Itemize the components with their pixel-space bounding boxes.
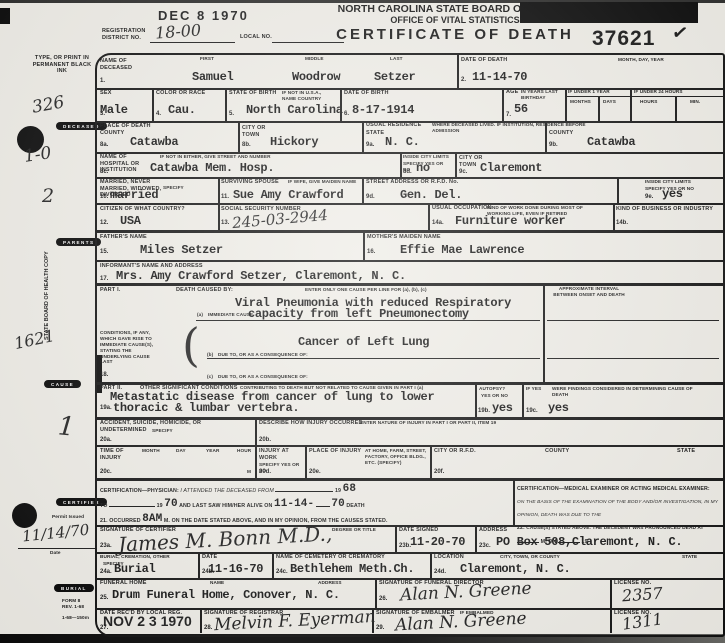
- certifier-address-value: PO Box 508,Claremont, N. C.: [496, 535, 682, 549]
- item-20d-number: 20d.: [259, 469, 271, 475]
- item-9c-number: 9c.: [459, 169, 467, 175]
- registration-district-label: REGISTRATION DISTRICT NO.: [102, 28, 152, 41]
- burial-date-value: 11-16-70: [208, 562, 263, 576]
- checkmark-icon: ✓: [670, 21, 690, 46]
- spouse-value: Sue Amy Crawford: [233, 188, 343, 202]
- under-1-days-label: DAYS: [603, 99, 616, 105]
- street-address-value: Gen. Del.: [400, 188, 462, 202]
- race-value: Cau.: [168, 103, 196, 117]
- injury-hour-label: HOUR: [237, 448, 251, 454]
- under-24-hours-label: IF UNDER 24 HOURS: [634, 89, 683, 95]
- item-6-number: 6.: [344, 111, 349, 117]
- sex-value: Male: [100, 103, 128, 117]
- death-certificate-scan: DEC 8 1970 REGISTRATION DISTRICT NO. 18-…: [0, 0, 725, 643]
- findings-label: WERE FINDINGS CONSIDERED IN DETERMINING …: [552, 386, 702, 398]
- funeral-home-label: FUNERAL HOME: [100, 580, 147, 587]
- item-20e-number: 20e.: [309, 469, 321, 475]
- item-20b-number: 20b.: [259, 437, 271, 443]
- hosp-city-limits-label: INSIDE CITY LIMITS: [403, 154, 451, 160]
- cert-med-title: CERTIFICATION—MEDICAL EXAMINER OR ACTING…: [517, 486, 710, 492]
- item-16-number: 16.: [367, 249, 375, 255]
- age-label: AGE: [506, 89, 519, 96]
- cert-last-saw: AND LAST SAW HIM/HER ALIVE ON: [179, 503, 272, 509]
- age-sub: IN YEARS LAST BIRTHDAY: [521, 89, 561, 101]
- place-of-injury-label: PLACE OF INJURY: [309, 448, 361, 455]
- item-5-number: 5.: [229, 111, 234, 117]
- cause-c-prefix: (c): [207, 374, 213, 380]
- margin-note-1-0: 1-0: [23, 143, 53, 167]
- item-26-number: 26.: [379, 596, 387, 602]
- degree-or-title-label: DEGREE OR TITLE: [332, 527, 376, 533]
- part1-label: PART I.: [100, 287, 121, 294]
- tab-cause: CAUSE: [44, 380, 81, 388]
- state-of-birth-label: STATE OF BIRTH: [229, 90, 277, 97]
- item-17-number: 17.: [100, 276, 108, 282]
- cert-hour-value: 8AM: [142, 513, 162, 525]
- item-15-number: 15.: [100, 249, 108, 255]
- item-19a-number: 19a.: [100, 405, 112, 411]
- cert-19a: 19: [335, 488, 341, 494]
- cert-occurred: OCCURRED: [109, 518, 140, 524]
- res-city-limits-value: yes: [662, 187, 683, 201]
- date-signed-label: DATE SIGNED: [399, 527, 438, 534]
- cert-physician-t1: I ATTENDED THE DECEASED FROM: [180, 488, 273, 494]
- name-middle-header: MIDDLE: [305, 56, 324, 62]
- spouse-label: SURVIVING SPOUSE: [221, 179, 279, 186]
- item-24c-number: 24c.: [276, 569, 288, 575]
- item-11-number: 11.: [221, 194, 229, 200]
- cert-physician-title: CERTIFICATION—PHYSICIAN:: [100, 488, 179, 494]
- immediate-cause-label: IMMEDIATE CAUSE: [208, 312, 253, 318]
- res-city-value: Claremont: [480, 161, 542, 175]
- injury-city-label: CITY OR R.F.D.: [434, 448, 476, 455]
- res-state-label: STATE: [366, 130, 384, 137]
- injury-meridian: M: [247, 469, 251, 475]
- part1-note: ENTER ONLY ONE CAUSE PER LINE FOR (a), (…: [305, 287, 427, 293]
- cemetery-label: NAME OF CEMETERY OR CREMATORY: [276, 554, 385, 561]
- item-19c-number: 19c.: [526, 408, 538, 414]
- date-of-birth-value: 8-17-1914: [352, 103, 414, 117]
- item-13-number: 13.: [221, 220, 229, 226]
- cause-b-value: Cancer of Left Lung: [298, 335, 429, 349]
- item-21-number: 21.: [100, 518, 108, 524]
- hosp-city-limits-value: no: [416, 161, 430, 175]
- local-no-label: LOCAL NO.: [240, 34, 272, 41]
- under-1-months-label: MONTHS: [570, 99, 591, 105]
- margin-note-326: 326: [31, 92, 66, 117]
- time-of-injury-label: TIME OF INJURY: [100, 448, 130, 461]
- under-1-year-label: IF UNDER 1 YEAR: [568, 89, 610, 95]
- age-value: 56: [514, 102, 528, 116]
- injury-year-label: YEAR: [206, 448, 219, 454]
- pod-city-label: CITY OR TOWN: [242, 125, 272, 138]
- hole-punch-bottom: [12, 503, 37, 528]
- item-9a-number: 9a.: [366, 142, 374, 148]
- item-14b-number: 14b.: [616, 220, 628, 226]
- citizen-value: USA: [120, 214, 141, 228]
- father-value: Miles Setzer: [140, 243, 223, 257]
- item-4-number: 4.: [156, 111, 161, 117]
- usual-residence-group: USUAL RESIDENCE: [366, 122, 421, 129]
- certificate-number: 37621: [592, 27, 655, 51]
- cert-opinion-text: M. ON THE DATE STATED ABOVE, AND IN MY O…: [164, 518, 388, 524]
- date-signed-value: 11-20-70: [410, 535, 465, 549]
- res-county-label: COUNTY: [549, 130, 573, 137]
- item-2-number: 2.: [461, 77, 466, 83]
- race-label: COLOR OR RACE: [156, 90, 216, 97]
- pod-county-value: Catawba: [130, 135, 178, 149]
- burial-location-sub: CITY, TOWN, OR COUNTY: [500, 554, 560, 560]
- cert-death-word: DEATH: [346, 503, 364, 509]
- item-24d-number: 24d.: [434, 569, 446, 575]
- pod-county-label: COUNTY: [100, 130, 124, 137]
- item-10-number: 10.: [100, 194, 108, 200]
- item-19b-number: 19b.: [478, 408, 490, 414]
- occupation-label: USUAL OCCUPATION: [432, 205, 492, 212]
- father-label: FATHER'S NAME: [100, 234, 147, 241]
- hospital-sub: IF NOT IN EITHER, GIVE STREET AND NUMBER: [160, 154, 330, 160]
- item-22-number: 22.: [517, 525, 525, 531]
- item-8d-number: 8d.: [403, 169, 412, 175]
- item-20c-number: 20c.: [100, 469, 112, 475]
- margin-note-2: 2: [42, 185, 54, 207]
- item-1-number: 1.: [100, 78, 105, 84]
- injury-at-work-label: INJURY AT WORK: [259, 448, 304, 461]
- state-of-birth-sub: IF NOT IN U.S.A., NAME COUNTRY: [282, 90, 337, 102]
- citizen-label: CITIZEN OF WHAT COUNTRY?: [100, 206, 185, 213]
- permit-issued-label: Permit Issued: [52, 514, 84, 520]
- cert-to: TO: [100, 503, 107, 509]
- hospital-value: Catawba Mem. Hosp.: [150, 161, 274, 175]
- injury-month-label: MONTH: [142, 448, 160, 454]
- item-8a-number: 8a.: [100, 142, 108, 148]
- copy-designation: STATE BOARD OF HEALTH COPY: [44, 262, 51, 340]
- first-name-value: Samuel: [192, 70, 233, 84]
- place-of-death-group: PLACE OF DEATH: [100, 123, 151, 130]
- burial-type-label: BURIAL, CREMATION, OTHER: [100, 554, 170, 560]
- funeral-home-value: Drum Funeral Home, Conover, N. C.: [112, 588, 340, 602]
- usual-residence-sub: WHERE DECEASED LIVED. IF INSTITUTION, RE…: [432, 122, 612, 134]
- cert-year-from: 68: [343, 483, 356, 495]
- pod-city-value: Hickory: [270, 135, 318, 149]
- form-print-code: 1-68—150m: [62, 615, 89, 621]
- last-name-value: Setzer: [374, 70, 415, 84]
- street-address-label: STREET ADDRESS OR R.F.D. No.: [366, 179, 459, 186]
- injury-day-label: DAY: [176, 448, 186, 454]
- part2-line2: thoracic & lumbar vertebra.: [113, 401, 299, 415]
- cert-alive-year: 70: [331, 498, 344, 510]
- describe-injury-sub: ENTER NATURE OF INJURY IN PART I OR PART…: [360, 420, 496, 426]
- title-line-3: CERTIFICATE OF DEATH: [290, 26, 620, 43]
- accident-sub: SPECIFY: [152, 428, 173, 434]
- item-12-number: 12.: [100, 220, 108, 226]
- industry-label: KIND OF BUSINESS OR INDUSTRY: [616, 206, 716, 213]
- scan-mark-top-left: [0, 8, 10, 24]
- date-of-death-value: 11-14-70: [472, 70, 527, 84]
- redaction-bar: [520, 2, 698, 23]
- middle-name-value: Woodrow: [292, 70, 340, 84]
- interval-header: APPROXIMATE INTERVAL BETWEEN ONSET AND D…: [550, 286, 628, 298]
- form-revision: REV. 1-68: [62, 604, 84, 610]
- ink-instruction: TYPE, OR PRINT IN PERMANENT BLACK INK: [32, 55, 92, 75]
- item-8b-number: 8b.: [242, 142, 251, 148]
- item-7-number: 7.: [506, 112, 511, 118]
- item-18-number: 18.: [100, 372, 108, 378]
- item-9e-number: 9e.: [645, 194, 653, 200]
- marital-sub: SPECIFY: [163, 185, 184, 191]
- item-20a-number: 20a.: [100, 437, 112, 443]
- part1-caused-by: DEATH CAUSED BY:: [176, 287, 233, 294]
- cert-year-to: 70: [164, 498, 177, 510]
- received-by-registrar-stamp: NOV 2 3 1970: [103, 613, 192, 629]
- brace-glyph: (: [182, 318, 200, 372]
- cause-b-due-to: DUE TO, OR AS A CONSEQUENCE OF:: [218, 352, 308, 358]
- cert-med-basis: ON THE BASIS OF THE EXAMINATION OF THE B…: [517, 500, 718, 518]
- cert-alive-date: 11-14-: [274, 498, 314, 510]
- form-number: FORM 8: [62, 598, 80, 604]
- item-23a-number: 23a.: [100, 543, 112, 549]
- cause-a-prefix: (a): [197, 312, 203, 318]
- item-14a-number: 14a.: [432, 220, 444, 226]
- registration-district-value: 18-00: [154, 20, 201, 42]
- permit-date-caption: Date: [50, 550, 61, 556]
- name-first-header: FIRST: [200, 56, 214, 62]
- tab-burial: BURIAL: [54, 584, 94, 592]
- informant-value: Mrs. Amy Crawford Setzer, Claremont, N. …: [116, 269, 406, 283]
- date-of-birth-label: DATE OF BIRTH: [344, 90, 389, 97]
- burial-location-value: Claremont, N. C.: [460, 562, 570, 576]
- autopsy-value: yes: [492, 401, 513, 415]
- item-20f-number: 20f.: [434, 469, 444, 475]
- injury-county-label: COUNTY: [545, 448, 569, 455]
- burial-location-state-label: STATE: [682, 554, 697, 560]
- item-9b-number: 9b.: [549, 142, 558, 148]
- place-of-injury-sub: AT HOME, FARM, STREET, FACTORY, OFFICE B…: [365, 448, 427, 466]
- burial-type-value: Burial: [114, 562, 155, 576]
- under-24-min-label: MIN.: [690, 99, 700, 105]
- cause-c-due-to: DUE TO, OR AS A CONSEQUENCE OF:: [218, 374, 308, 380]
- conditions-note: CONDITIONS, IF ANY, WHICH GAVE RISE TO I…: [100, 330, 162, 365]
- item-9d-number: 9d.: [366, 194, 375, 200]
- burial-location-label: LOCATION: [434, 554, 464, 561]
- date-of-death-sub: MONTH, DAY, YEAR: [618, 57, 664, 63]
- autopsy-label: AUTOPSY?: [479, 386, 521, 392]
- findings-value: yes: [548, 401, 569, 415]
- certifier-address-label: ADDRESS: [479, 527, 507, 534]
- item-25-number: 25.: [100, 595, 108, 601]
- item-29-number: 29.: [376, 625, 384, 631]
- res-city-limits-label: INSIDE CITY LIMITS: [645, 179, 695, 185]
- mother-label: MOTHER'S MAIDEN NAME: [367, 234, 441, 241]
- name-last-header: LAST: [390, 56, 403, 62]
- name-of-deceased-label: NAME OF DECEASED: [100, 58, 146, 71]
- item-23c-number: 23c.: [479, 543, 491, 549]
- date-of-death-label: DATE OF DEATH: [461, 57, 507, 64]
- occupation-value: Furniture worker: [455, 214, 565, 228]
- res-state-value: N. C.: [385, 135, 420, 149]
- mother-value: Effie Mae Lawrence: [400, 243, 524, 257]
- sex-label: SEX: [100, 90, 112, 97]
- item-8c-number: 8c.: [100, 169, 108, 175]
- director-license-value: 2357: [621, 584, 663, 606]
- state-of-birth-value: North Carolina: [246, 103, 343, 117]
- res-county-value: Catawba: [587, 135, 635, 149]
- cert-med-pronounced: CAUSE(S) STATED ABOVE. THE DECEDENT WAS …: [526, 526, 703, 531]
- marital-value: married: [110, 188, 158, 202]
- cemetery-value: Bethlehem Meth.Ch.: [290, 562, 414, 576]
- received-stamp: DEC 8 1970: [158, 8, 249, 23]
- describe-injury-label: DESCRIBE HOW INJURY OCCURRED: [259, 420, 363, 427]
- funeral-address-header: ADDRESS: [318, 580, 342, 586]
- cert-19b: 19: [157, 503, 163, 509]
- cause-a-line2: capacity from left Pneumonectomy: [248, 307, 469, 321]
- margin-note-1: 1: [57, 411, 76, 442]
- spouse-sub: IF WIFE, GIVE MAIDEN NAME: [288, 179, 356, 185]
- findings-prefix: IF YES: [526, 386, 541, 392]
- funeral-name-header: NAME: [210, 580, 224, 586]
- autopsy-sub: YES OR NO: [481, 393, 508, 399]
- under-24-hours-sub: HOURS: [640, 99, 657, 105]
- cause-b-prefix: (b): [207, 352, 213, 358]
- certification-physician-block: CERTIFICATION—PHYSICIAN: I ATTENDED THE …: [100, 483, 508, 528]
- item-28-number: 28.: [204, 625, 212, 631]
- item-24a-number: 24a.: [100, 569, 112, 575]
- injury-state-label: STATE: [677, 448, 695, 455]
- burial-date-label: DATE: [202, 554, 217, 561]
